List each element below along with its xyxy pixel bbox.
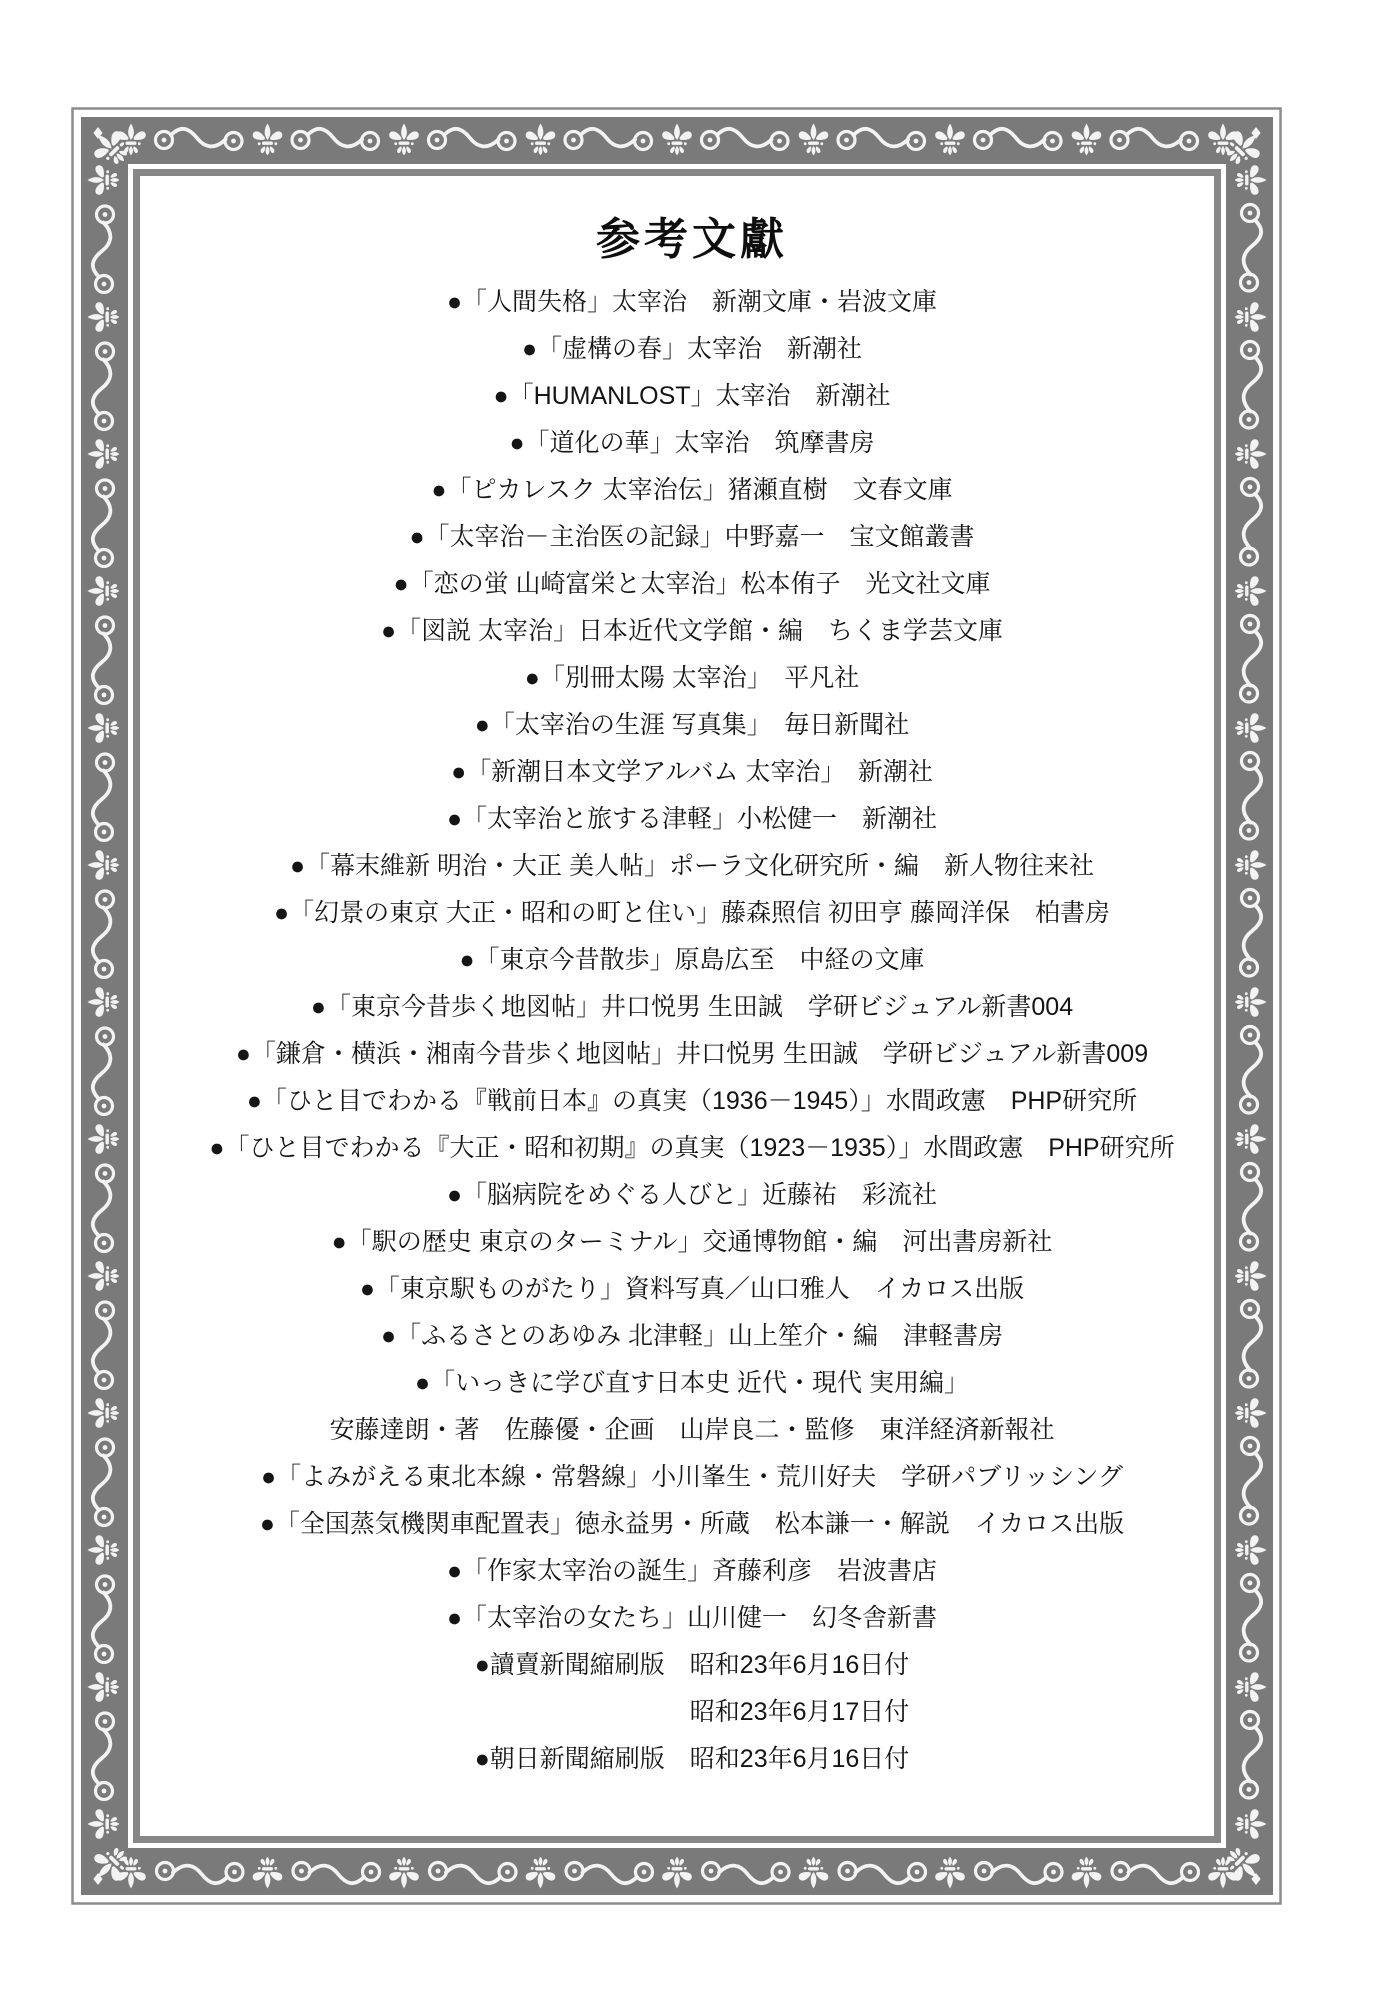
bib-entry: ●「太宰治と旅する津軽」小松健一 新潮社 bbox=[155, 796, 1229, 843]
bib-entry: ●「ひと目でわかる『戦前日本』の真実（1936－1945）」水間政憲 PHP研究… bbox=[155, 1078, 1229, 1125]
bib-entry: ●「脳病院をめぐる人びと」近藤祐 彩流社 bbox=[155, 1172, 1229, 1219]
bib-entry: ●「東京今昔歩く地図帖」井口悦男 生田誠 学研ビジュアル新書004 bbox=[155, 984, 1229, 1031]
bib-entry: ●「道化の華」太宰治 筑摩書房 bbox=[155, 420, 1229, 467]
bib-entry: ●「幕末維新 明治・大正 美人帖」ポーラ文化研究所・編 新人物往来社 bbox=[155, 843, 1229, 890]
bib-entry: ●朝日新聞縮刷版 昭和23年6月16日付 bbox=[155, 1736, 1229, 1783]
bib-entry-date-continuation: ●讀賣新聞縮刷版 昭和23年6月17日付 bbox=[155, 1689, 1229, 1736]
bib-entry: ●「太宰治－主治医の記録」中野嘉一 宝文館叢書 bbox=[155, 514, 1229, 561]
bib-entry: ●「よみがえる東北本線・常磐線」小川峯生・荒川好夫 学研パブリッシング bbox=[155, 1454, 1229, 1501]
bib-entry: ●「太宰治の女たち」山川健一 幻冬舎新書 bbox=[155, 1595, 1229, 1642]
bib-entry-text: 昭和23年6月17日付 bbox=[690, 1698, 910, 1726]
bib-entry: ●「駅の歴史 東京のターミナル」交通博物館・編 河出書房新社 bbox=[155, 1219, 1229, 1266]
bib-entry: ●「虚構の春」太宰治 新潮社 bbox=[155, 326, 1229, 373]
bib-entry: ●「幻景の東京 大正・昭和の町と住い」藤森照信 初田亨 藤岡洋保 柏書房 bbox=[155, 890, 1229, 937]
bib-entry: ●「図説 太宰治」日本近代文学館・編 ちくま学芸文庫 bbox=[155, 608, 1229, 655]
bib-entry: ●「ひと目でわかる『大正・昭和初期』の真実（1923－1935）」水間政憲 PH… bbox=[155, 1125, 1229, 1172]
bib-entry: ●「いっきに学び直す日本史 近代・現代 実用編」 bbox=[155, 1360, 1229, 1407]
bib-entry: ●「人間失格」太宰治 新潮文庫・岩波文庫 bbox=[155, 279, 1229, 326]
bib-entry-continuation: 安藤達朗・著 佐藤優・企画 山岸良二・監修 東洋経済新報社 bbox=[155, 1407, 1229, 1454]
bib-entry: ●「ピカレスク 太宰治伝」猪瀬直樹 文春文庫 bbox=[155, 467, 1229, 514]
bib-entry: ●「全国蒸気機関車配置表」徳永益男・所蔵 松本謙一・解説 イカロス出版 bbox=[155, 1501, 1229, 1548]
bib-entry: ●「鎌倉・横浜・湘南今昔歩く地図帖」井口悦男 生田誠 学研ビジュアル新書009 bbox=[155, 1031, 1229, 1078]
book-page: 参考文獻 ●「人間失格」太宰治 新潮文庫・岩波文庫 ●「虚構の春」太宰治 新潮社… bbox=[0, 0, 1400, 1989]
bib-entry: ●「新潮日本文学アルバム 太宰治」 新潮社 bbox=[155, 749, 1229, 796]
page-title: 参考文獻 bbox=[155, 216, 1229, 264]
bib-entry: ●「太宰治の生涯 写真集」 毎日新聞社 bbox=[155, 702, 1229, 749]
bib-entry: ●「ふるさとのあゆみ 北津軽」山上笙介・編 津軽書房 bbox=[155, 1313, 1229, 1360]
bib-entry: ●「恋の蛍 山崎富栄と太宰治」松本侑子 光文社文庫 bbox=[155, 561, 1229, 608]
bibliography-content: 参考文獻 ●「人間失格」太宰治 新潮文庫・岩波文庫 ●「虚構の春」太宰治 新潮社… bbox=[155, 0, 1229, 1989]
bib-entry: ●「別冊太陽 太宰治」 平凡社 bbox=[155, 655, 1229, 702]
bib-entry: ●「東京駅ものがたり」資料写真／山口雅人 イカロス出版 bbox=[155, 1266, 1229, 1313]
bibliography-list: ●「人間失格」太宰治 新潮文庫・岩波文庫 ●「虚構の春」太宰治 新潮社 ●「HU… bbox=[155, 279, 1229, 1783]
bib-entry: ●「作家太宰治の誕生」斉藤利彦 岩波書店 bbox=[155, 1548, 1229, 1595]
bib-entry: ●「東京今昔散歩」原島広至 中経の文庫 bbox=[155, 937, 1229, 984]
bib-entry: ●「HUMANLOST」太宰治 新潮社 bbox=[155, 373, 1229, 420]
bib-entry: ●讀賣新聞縮刷版 昭和23年6月16日付 bbox=[155, 1642, 1229, 1689]
